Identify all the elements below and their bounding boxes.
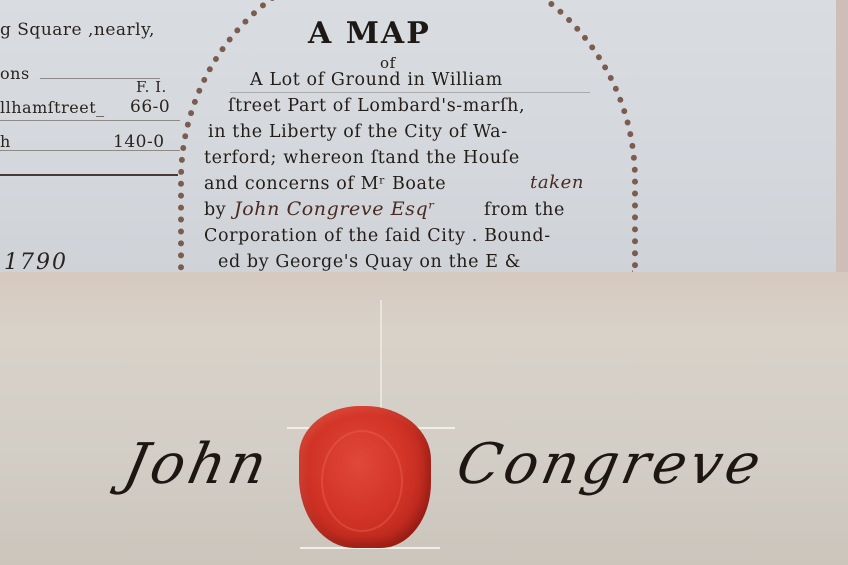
cartouche-line-6: by bbox=[204, 200, 226, 220]
ledger-line-4: h ______ bbox=[0, 132, 67, 151]
ledger-value-2: 140-0 bbox=[113, 132, 165, 152]
ledger-value-1: 66-0 bbox=[130, 97, 170, 117]
seal-impression bbox=[321, 430, 403, 532]
underlying-page-edge bbox=[836, 0, 848, 272]
signature-surname: Congreve bbox=[451, 432, 770, 497]
cartouche-line-3: in the Liberty of the City of Wa- bbox=[208, 122, 508, 142]
cartouche-line-2: ſtreet Part of Lombard's-marſh, bbox=[228, 96, 525, 116]
cartouche-line-1: A Lot of Ground in William bbox=[250, 70, 503, 90]
ledger-line-2: ons bbox=[0, 64, 30, 83]
handwritten-taken: taken bbox=[530, 172, 584, 193]
signature-first-name: John bbox=[118, 432, 276, 497]
map-sheet: g Square ,nearly, ons F. I. llhamſtreet_… bbox=[0, 0, 836, 272]
wax-seal bbox=[299, 406, 431, 548]
map-title: A MAP bbox=[308, 16, 431, 51]
cartouche-line-9: ed by George's Quay on the E & bbox=[218, 252, 521, 272]
cover-sheet bbox=[0, 272, 848, 565]
ledger-units-header: F. I. bbox=[136, 78, 167, 96]
cartouche-line-4: terford; whereon ſtand the Houſe bbox=[204, 148, 520, 168]
ledger-line-1: g Square ,nearly, bbox=[0, 20, 155, 40]
ledger-rule bbox=[0, 120, 180, 121]
cartouche-line-5: and concerns of Mʳ Boate bbox=[204, 174, 446, 194]
cartouche-line-8: Corporation of the ſaid City . Bound- bbox=[204, 226, 551, 246]
guide-rule bbox=[230, 92, 590, 93]
cartouche-line-7: from the bbox=[484, 200, 565, 220]
fold-crease bbox=[380, 300, 382, 415]
ledger-rule bbox=[0, 150, 180, 151]
handwritten-name: John Congreve Esqʳ bbox=[234, 198, 435, 220]
ledger-line-3: llhamſtreet_ bbox=[0, 98, 105, 117]
ledger-total-rule bbox=[0, 174, 178, 176]
